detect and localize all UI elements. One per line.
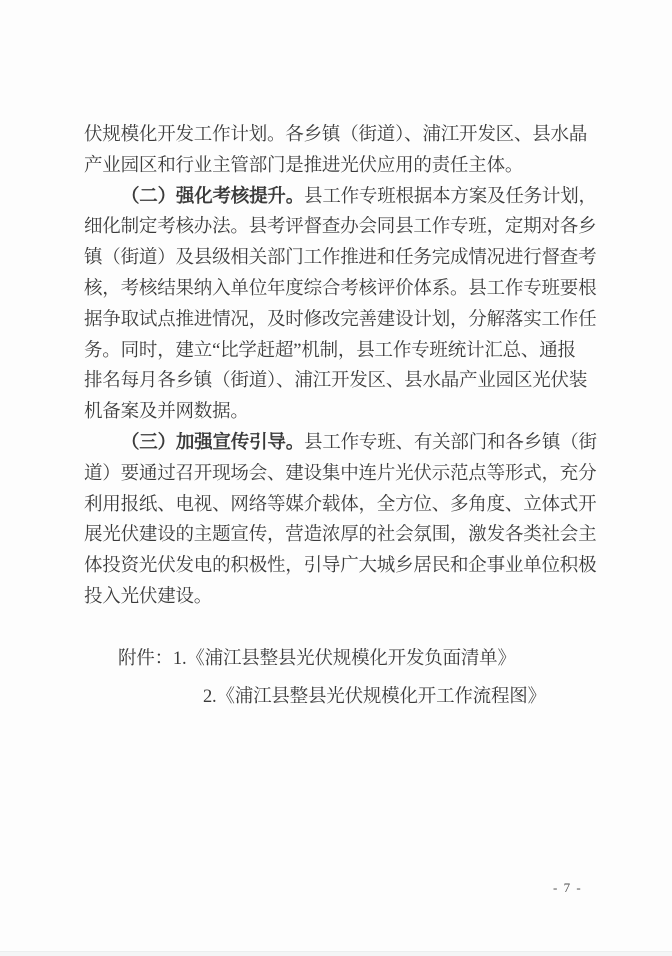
body-line-1: 伏规模化开发工作计划。各乡镇（街道）、浦江开发区、县水晶 [84, 120, 596, 151]
scan-bottom-edge [0, 951, 672, 956]
body-line-3: （二）强化考核提升。县工作专班根据本方案及任务计划， [84, 182, 596, 213]
body-line-4: 细化制定考核办法。县考评督查办会同县工作专班，定期对各乡 [84, 212, 596, 243]
body-line-5: 镇（街道）及县级相关部门工作推进和任务完成情况进行督查考 [84, 243, 596, 274]
body-line-9: 排名每月各乡镇（街道）、浦江开发区、县水晶产业园区光伏装 [84, 366, 596, 397]
body-line-8: 务。同时，建立“比学赶超”机制，县工作专班统计汇总、通报 [84, 336, 596, 367]
body-line-14: 展光伏建设的主题宣传，营造浓厚的社会氛围，激发各类社会主 [84, 520, 596, 551]
page-number: - 7 - [553, 880, 582, 896]
attachment-item-1: 附件：1.《浦江县整县光伏规模化开发负面清单》 [84, 641, 596, 679]
paragraph-3-text: 县工作专班、有关部门和各乡镇（街 [304, 433, 597, 453]
document-body: 伏规模化开发工作计划。各乡镇（街道）、浦江开发区、县水晶 产业园区和行业主管部门… [84, 120, 596, 613]
body-line-16: 投入光伏建设。 [84, 582, 596, 613]
body-line-7: 据争取试点推进情况，及时修改完善建设计划，分解落实工作任 [84, 305, 596, 336]
body-line-10: 机备案及并网数据。 [84, 397, 596, 428]
document-page: 伏规模化开发工作计划。各乡镇（街道）、浦江开发区、县水晶 产业园区和行业主管部门… [0, 0, 672, 956]
body-line-13: 利用报纸、电视、网络等媒介载体，全方位、多角度、立体式开 [84, 490, 596, 521]
attachment-item-2: 2.《浦江县整县光伏规模化开工作流程图》 [84, 679, 596, 717]
attachment-2-title: 2.《浦江县整县光伏规模化开工作流程图》 [203, 687, 546, 707]
body-line-11: （三）加强宣传引导。县工作专班、有关部门和各乡镇（街 [84, 428, 596, 459]
paragraph-2-heading: （二）强化考核提升。 [121, 187, 304, 207]
body-line-12: 道）要通过召开现场会、建设集中连片光伏示范点等形式，充分 [84, 459, 596, 490]
body-line-6: 核，考核结果纳入单位年度综合考核评价体系。县工作专班要根 [84, 274, 596, 305]
attachment-1-title: 1.《浦江县整县光伏规模化开发负面清单》 [173, 649, 516, 669]
attachments-label: 附件： [118, 649, 173, 669]
body-line-15: 体投资光伏发电的积极性，引导广大城乡居民和企事业单位积极 [84, 551, 596, 582]
paragraph-3-heading: （三）加强宣传引导。 [121, 433, 304, 453]
paragraph-2-text: 县工作专班根据本方案及任务计划， [304, 187, 597, 207]
attachments-block: 附件：1.《浦江县整县光伏规模化开发负面清单》 2.《浦江县整县光伏规模化开工作… [84, 641, 596, 716]
body-line-2: 产业园区和行业主管部门是推进光伏应用的责任主体。 [84, 151, 596, 182]
